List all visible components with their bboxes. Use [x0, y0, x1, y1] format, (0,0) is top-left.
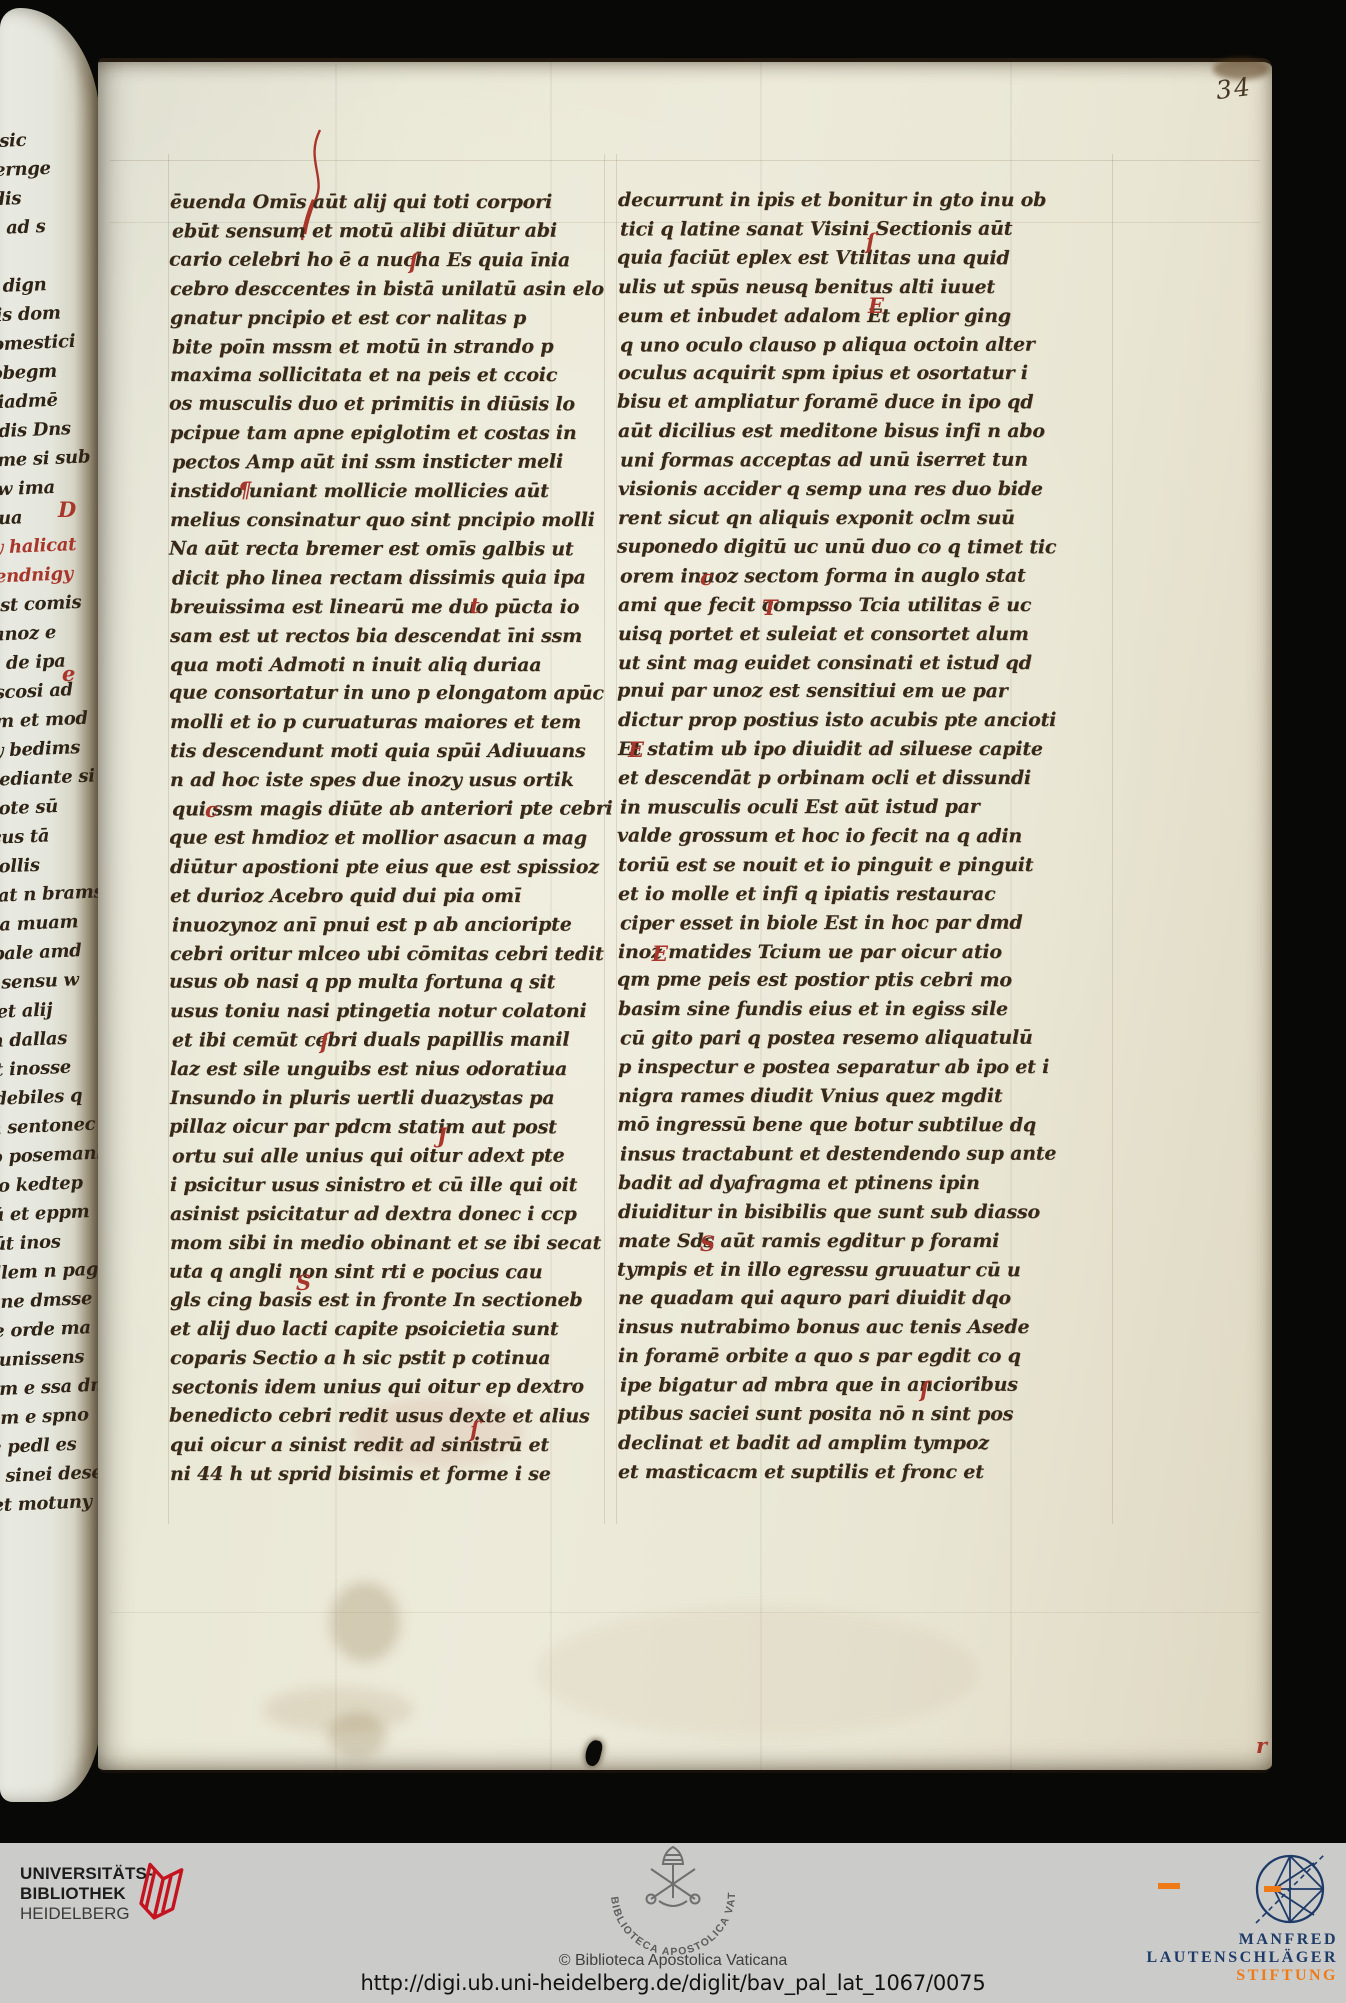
manuscript-text-line: que est hmdioz et mollior asacun a mag: [169, 824, 605, 854]
manuscript-text-line: cū gito pari q postea resemo aliquatulū: [620, 1024, 1120, 1054]
manuscript-text-line: et ibi cemūt cebri duals papillis manil: [172, 1026, 608, 1056]
manuscript-text-line: in foramē orbite a quo s par egdit co q: [618, 1342, 1118, 1371]
manuscript-text-line: inoz matides Tcium ue par oicur atio: [618, 938, 1118, 967]
red-ink-accent: S: [296, 1273, 311, 1293]
manuscript-text-line: n ad hoc iste spes due inozy usus ortik: [170, 766, 606, 795]
manuscript-text-line: uisq portet et suleiat et consortet alum: [618, 620, 1118, 649]
stiftung-line-1: MANFRED: [1147, 1931, 1338, 1949]
manuscript-text-line: diūtur apostioni pte eius que est spissi…: [170, 853, 606, 882]
manuscript-text-line: ortu sui alle unius qui oitur adext pte: [172, 1141, 608, 1171]
manuscript-text-line: qm pme peis est postior ptis cebri mo: [617, 966, 1117, 996]
manuscript-text-line: badit ad dyafragma et ptinens ipin: [618, 1169, 1118, 1198]
manuscript-text-line: et io molle et infi q ipiatis restaurac: [618, 880, 1118, 909]
manuscript-text-line: mō ingressū bene que botur subtilue dq: [617, 1111, 1117, 1141]
manuscript-text-line: laz est sile unguibs est nius odoratiua: [170, 1055, 606, 1084]
manuscript-text-line: gls cing basis est in fronte In sectione…: [170, 1286, 606, 1315]
manuscript-text-line: bite poīn mssm et motū in strando p: [172, 332, 608, 362]
manuscript-text-line: diuiditur in bisibilis que sunt sub dias…: [618, 1198, 1118, 1227]
manuscript-text-line: maxima sollicitata et na peis et ccoic: [170, 361, 606, 390]
manuscript-text-line: qui oicur a sinist redit ad sinistrū et: [170, 1431, 606, 1460]
manuscript-text-line: sectonis idem unius qui oitur ep dextro: [172, 1373, 608, 1403]
manuscript-text-line: valde grossum et hoc io fecit na q adin: [617, 822, 1117, 852]
manuscript-text-line: in musculis oculi Est aūt istud par: [620, 793, 1120, 823]
manuscript-text-line: pcipue tam apne epiglotim et costas in: [170, 419, 606, 448]
manuscript-text-line: et motuny: [0, 1485, 100, 1520]
lautenschlaeger-globe-icon: [1250, 1849, 1330, 1929]
manuscript-text-line: dicit pho linea rectam dissimis quia ipa: [172, 563, 608, 593]
manuscript-text-line: te orde ma: [0, 1312, 100, 1347]
manuscript-text-line: tis descendunt moti quia spūi Adiuuans: [170, 737, 606, 766]
manuscript-text-line: sam est ut rectos bia descendat īni ssm: [170, 622, 606, 651]
manuscript-text-line: p inspectur e postea separatur ab ipo et…: [618, 1053, 1118, 1082]
manuscript-text-line: pectos Amp aūt ini ssm insticter meli: [172, 448, 608, 478]
red-ink-accent: S: [700, 1234, 715, 1254]
manuscript-text-line: am e spno: [0, 1399, 100, 1434]
manuscript-text-line: qui ssm magis diūte ab anteriori pte ceb…: [172, 795, 608, 825]
vatican-library-emblem: BIBLIOTECA APOSTOLICA VATICANA: [585, 1843, 761, 1955]
red-ink-accent: c: [205, 800, 218, 820]
manuscript-text-line: uo posemanl: [0, 1138, 100, 1173]
manuscript-text-line: ēuenda Omīs aūt alij qui toti corpori: [170, 188, 606, 217]
stiftung-orange-dash: [1158, 1883, 1180, 1889]
manuscript-text-line: os musculis duo et primitis in diūsis lo: [169, 390, 605, 420]
manuscript-text-line: mom sibi in medio obinant et se ibi seca…: [170, 1229, 606, 1258]
manuscript-text-line: declinat et badit ad amplim tympoz: [618, 1429, 1118, 1458]
manuscript-text-line: orem inuoz sectom forma in auglo stat: [620, 561, 1120, 591]
vatican-circular-text: BIBLIOTECA APOSTOLICA VATICANA: [585, 1843, 738, 1955]
manuscript-text-line: gunissens: [0, 1341, 100, 1376]
folio-number: 34: [1214, 72, 1253, 105]
manuscript-text-line: nsum et mod: [0, 703, 100, 738]
manuscript-text-line: ami que fecit compsso Tcia utilitas ē uc: [618, 591, 1118, 620]
text-column-left: ēuenda Omīs aūt alij qui toti corporiebū…: [170, 188, 606, 1489]
facing-page-edge: nsi dissici conserngeim pedispedim ad sē…: [0, 8, 100, 1802]
red-ink-accent: ſ: [920, 1380, 929, 1400]
manuscript-text-line: e pedl es: [0, 1428, 100, 1463]
parchment-stain: [538, 1607, 978, 1737]
manuscript-text-line: coparis Sectio a h sic pstit p cotinua: [170, 1344, 606, 1373]
manuscript-text-line: basim sine fundis eius et in egiss sile: [618, 995, 1118, 1024]
manuscript-text-line: q uno oculo clauso p aliqua octoin alter: [620, 330, 1120, 360]
manuscript-text-line: asinist psicitatur ad dextra donec i ccp: [170, 1200, 606, 1229]
manuscript-text-line: pillaz oicur par pdcm statim aut post: [169, 1113, 605, 1143]
manuscript-text-line: cario celebri ho ē a nucha Es quia īnia: [169, 245, 605, 275]
manuscript-text-line: ut sint mag euidet consinati et istud qd: [618, 649, 1118, 678]
manuscript-text-line: ebūt sensum et motū alibi diūtur abi: [172, 216, 608, 246]
facing-page-text-fragment: nsi dissici conserngeim pedispedim ad sē…: [0, 124, 100, 1521]
red-ink-accent: e: [62, 664, 75, 684]
manuscript-text-line: ciper esset in biole Est in hoc par dmd: [620, 908, 1120, 938]
manuscript-text-line: am e ssa dm: [0, 1370, 100, 1405]
red-ink-accent: ſ: [409, 252, 418, 272]
manuscript-text-line: cebro desccentes in bistā unilatū asin e…: [170, 275, 606, 304]
ub-line-2: BIBLIOTHEK: [20, 1884, 153, 1904]
manuscript-text-line: bisu et ampliatur foramē duce in ipo qd: [617, 388, 1117, 418]
ub-heidelberg-book-icon: [138, 1849, 196, 1929]
manuscript-text-line: Na aūt recta bremer est omīs galbis ut: [169, 534, 605, 564]
manuscript-text-line: insus nutrabimo bonus auc tenis Asede: [618, 1313, 1118, 1342]
manuscript-text-line: et durioz Acebro quid dui pia omī: [170, 882, 606, 911]
copyright-line: © Biblioteca Apostolica Vaticana: [0, 1952, 1346, 1970]
manuscript-text-line: molli et io p curuaturas maiores et tem: [170, 708, 606, 737]
manuscript-text-line: t sinei dese: [0, 1456, 100, 1491]
manuscript-text-line: ne quadam qui aquro pari diuidit dqo: [618, 1284, 1118, 1313]
manuscript-text-line: ipe bigatur ad mbra que in ancioribus: [620, 1371, 1120, 1401]
manuscript-text-line: ptibus saciei sunt posita nō n sint pos: [617, 1400, 1117, 1430]
manuscript-text-line: cū et eppm: [0, 1196, 100, 1231]
svg-text:BIBLIOTECA APOSTOLICA VATICANA: BIBLIOTECA APOSTOLICA VATICANA: [585, 1843, 738, 1955]
manuscript-text-line: toriū est se nouit et io pinguit e pingu…: [618, 851, 1118, 880]
manuscript-text-line: visionis accider q semp una res duo bide: [618, 475, 1118, 504]
parchment-stain: [263, 1687, 413, 1733]
manuscript-text-line: uta q angli non sint rti e pocius cau: [169, 1257, 605, 1287]
red-ink-accent: r: [1256, 1736, 1267, 1756]
manuscript-text-line: cebri oritur mlceo ubi cōmitas cebri ted…: [170, 940, 606, 969]
ub-line-3: HEIDELBERG: [20, 1904, 153, 1924]
manuscript-text-line: breuissima est linearū me duo pūcta io: [170, 593, 606, 622]
manuscript-text-line: et descendāt p orbinam ocli et dissundi: [618, 764, 1118, 793]
manuscript-text-line: aūt dicilius est meditone bisus infi n a…: [618, 417, 1118, 446]
manuscript-text-line: tympis et in illo egressu gruuatur cū u: [617, 1255, 1117, 1285]
scan-url: http://digi.ub.uni-heidelberg.de/diglit/…: [0, 1971, 1346, 1995]
red-ink-accent: ſ: [320, 1032, 329, 1052]
scan-viewer: nsi dissici conserngeim pedispedim ad sē…: [0, 0, 1346, 2003]
manuscript-text-line: inuozynoz anī pnui est p ab ancioripte: [172, 910, 608, 940]
text-column-right: decurrunt in ipis et bonitur in gto inu …: [618, 186, 1118, 1487]
manuscript-text-line: dictur prop postius isto acubis pte anci…: [618, 706, 1118, 735]
red-ink-accent: c: [700, 568, 713, 588]
manuscript-text-line: uni formas acceptas ad unū iserret tun: [620, 446, 1120, 476]
manuscript-text-line: Insundo in pluris uertli duazystas pa: [170, 1084, 606, 1113]
ruling-line: [110, 160, 1260, 161]
parchment-stain: [330, 1582, 400, 1662]
manuscript-text-line: et masticacm et suptilis et fronc et: [618, 1458, 1118, 1487]
manuscript-text-line: i psicitur usus sinistro et cū ille qui …: [170, 1171, 606, 1200]
manuscript-text-line: qua moti Admoti n inuit aliq duriaa: [170, 651, 606, 680]
manuscript-text-line: d mediante si: [0, 761, 100, 796]
manuscript-text-line: gnatur pncipio et est cor nalitas p: [170, 304, 606, 333]
red-ink-accent: ſ: [470, 1420, 479, 1440]
red-ink-accent: J: [437, 1126, 447, 1146]
manuscript-text-line: que consortatur in uno p elongatom apūc: [169, 679, 605, 709]
manuscript-text-line: instido uniant mollicie mollicies aūt: [170, 477, 606, 506]
manuscript-text-line: et alij duo lacti capite psoicietia sunt: [170, 1315, 606, 1344]
ub-heidelberg-wordmark: UNIVERSITÄTS- BIBLIOTHEK HEIDELBERG: [20, 1864, 153, 1924]
ub-line-1: UNIVERSITÄTS-: [20, 1864, 153, 1884]
red-ink-accent: t: [470, 596, 480, 616]
red-ink-accent: E: [868, 296, 884, 316]
manuscript-text-line: melius consinatur quo sint pncipio molli: [170, 506, 606, 535]
manuscript-text-line: Alcat n brams: [0, 877, 100, 912]
red-ink-accent: E: [628, 740, 644, 760]
manuscript-text-line: decurrunt in ipis et bonitur in gto inu …: [618, 186, 1118, 215]
red-ink-accent: ſ: [866, 232, 875, 252]
manuscript-text-line: Et statim ub ipo diuidit ad siluese capi…: [618, 735, 1118, 764]
manuscript-text-line: ni 44 h ut sprid bisimis et forme i se: [170, 1460, 606, 1489]
manuscript-text-line: rent sicut qn aliquis exponit oclm suū: [618, 504, 1118, 533]
red-ink-accent: ¶: [238, 480, 251, 500]
manuscript-text-line: pnui par unoz est sensitiui em ue par: [617, 677, 1117, 707]
red-ink-accent: T: [762, 598, 778, 618]
manuscript-text-line: insus tractabunt et destendendo sup ante: [620, 1139, 1120, 1169]
manuscript-text-line: sine dmsse: [0, 1283, 100, 1318]
red-ink-accent: E: [652, 944, 668, 964]
manuscript-text-line: mate Sds aūt ramis egditur p forami: [618, 1227, 1118, 1256]
manuscript-text-line: oculus acquirit spm ipius et osortatur i: [618, 359, 1118, 388]
manuscript-text-line: benedicto cebri redit usus dexte et aliu…: [169, 1402, 605, 1432]
manuscript-text-line: nigra rames diudit Vnius quez mgdit: [618, 1082, 1118, 1111]
manuscript-text-line: suponedo digitū uc unū duo co q timet ti…: [617, 532, 1117, 562]
manuscript-text-line: usus toniu nasi ptingetia notur colatoni: [170, 997, 606, 1026]
manuscript-text-line: usus ob nasi q pp multa fortuna q sit: [169, 968, 605, 998]
red-ink-accent: D: [58, 500, 76, 520]
